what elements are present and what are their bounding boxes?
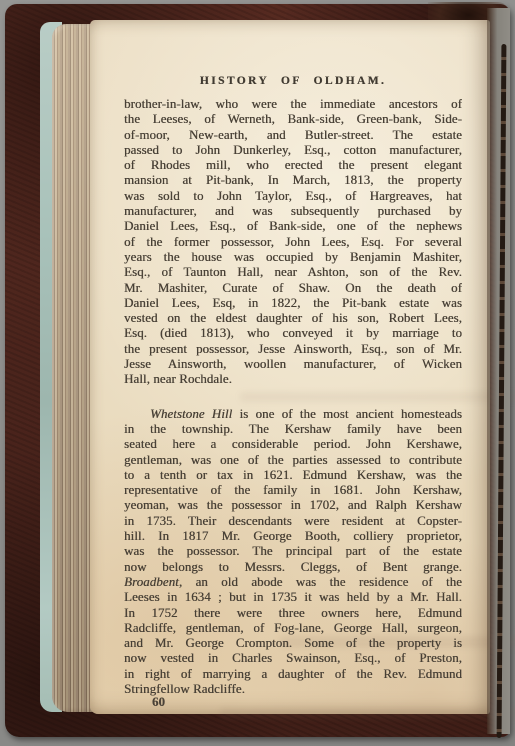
text-line: was the possessor. The principal part of… [124,544,462,559]
text-line: of the former possessor, John Lees, Esq.… [124,235,462,250]
text-line: Esq. (died 1813), who conveyed it by mar… [124,326,462,341]
text-line: Stringfellow Radcliffe. [124,682,462,697]
text-line: Daniel Lees, Esq., of Bank-side, one of … [124,219,462,234]
text-line: years the house was occupied by Benjamin… [124,250,462,265]
text-line: vested on the eldest daughter of his son… [124,311,462,326]
text-line: the Leeses, of Werneth, Bank-side, Green… [124,112,462,127]
text-line: yeoman, was the possessor in 1702, and R… [124,498,462,513]
text-line: and Mr. George Crompton. Some of the pro… [124,636,462,651]
text-line: in right of marrying a daughter of the R… [124,667,462,682]
body-text: brother-in-law, who were the immediate a… [124,97,462,697]
text-line: hill. In 1817 Mr. George Booth, colliery… [124,529,462,544]
page-number: 60 [152,694,165,710]
paragraph: Whetstone Hill is one of the most ancien… [124,407,462,698]
text-line: Mr. Mashiter, Curate of Shaw. On the dea… [124,281,462,296]
photo-background: HISTORY OF OLDHAM. brother-in-law, who w… [0,0,515,746]
text-line: Jesse Ainsworth, woollen manufacturer, o… [124,357,462,372]
text-line: of-moor, New-earth, and Butler-street. T… [124,128,462,143]
running-head: HISTORY OF OLDHAM. [124,75,462,87]
text-line: Leeses in 1634 ; but in 1735 it was held… [124,590,462,605]
paragraph: brother-in-law, who were the immediate a… [124,97,462,388]
text-line: of Rhodes mill, who erected the present … [124,158,462,173]
text-line: Radcliffe, gentleman, of Fog-lane, Georg… [124,621,462,636]
text-line: was sold to John Taylor, Esq., of Hargre… [124,189,462,204]
text-line: seated here a considerable period. John … [124,437,462,452]
text-line: passed to John Dunkerley, Esq., cotton m… [124,143,462,158]
text-line: Broadbent, an old abode was the residenc… [124,575,462,590]
text-line: in 1735. Their descendants were resident… [124,514,462,529]
text-line: the present possessor, Jesse Ainsworth, … [124,342,462,357]
text-line: now belongs to Messrs. Cleggs, of Bent g… [124,560,462,575]
text-line: to a tenth or tax in 1621. Edmund Kersha… [124,468,462,483]
text-line: mansion at Pit-bank, In March, 1813, the… [124,173,462,188]
text-line: brother-in-law, who were the immediate a… [124,97,462,112]
text-line: manufacturer, and was subsequently purch… [124,204,462,219]
text-line: Esq., of Taunton Hall, near Ashton, son … [124,265,462,280]
text-line: in the township. The Kershaw family have… [124,422,462,437]
text-line: Whetstone Hill is one of the most ancien… [124,407,462,422]
text-line: Daniel Lees, Esq, in 1822, the Pit-bank … [124,296,462,311]
text-line: Hall, near Rochdale. [124,372,462,387]
show-through-smudge [220,708,515,719]
text-line: representative of the family in 1681. Jo… [124,483,462,498]
text-line: gentleman, was one of the parties assess… [124,453,462,468]
text-line: In 1752 there were three owners here, Ed… [124,606,462,621]
text-line: now vested in Charles Swainson, Esq., of… [124,651,462,666]
